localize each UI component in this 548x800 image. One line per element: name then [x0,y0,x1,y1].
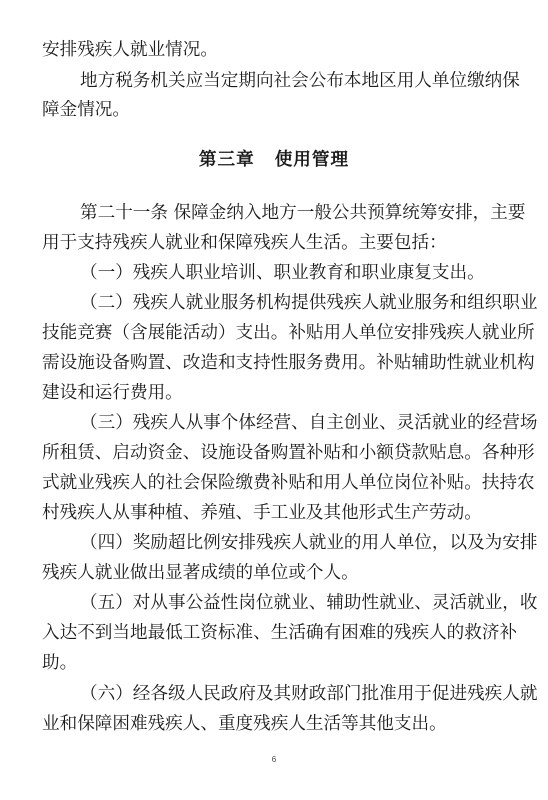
text-line: 技能竞赛（含展能活动）支出。补贴用人单位安排残疾人就业所 [42,322,505,344]
text-line: 助。 [42,652,505,674]
text-line: 地方税务机关应当定期向社会公布本地区用人单位缴纳保 [80,70,505,92]
chapter-heading: 第三章使用管理 [0,149,548,171]
article-line: 第二十一条 保障金纳入地方一般公共预算统筹安排，主要 [80,202,505,224]
chapter-number: 第三章 [199,150,255,170]
chapter-title: 使用管理 [275,150,349,170]
text-line: 残疾人就业做出显著成绩的单位或个人。 [42,562,505,584]
text-line: 需设施设备购置、改造和支持性服务费用。补贴辅助性就业机构 [42,352,505,374]
text-line: 式就业残疾人的社会保险缴费补贴和用人单位岗位补贴。扶持农 [42,472,505,494]
text-line: 用于支持残疾人就业和保障残疾人生活。主要包括： [42,232,505,254]
text-line: 所租赁、启动资金、设施设备购置补贴和小额贷款贴息。各种形 [42,442,505,464]
text-line: 建设和运行费用。 [42,382,505,404]
list-item-line: （四）奖励超比例安排残疾人就业的用人单位，以及为安排 [80,532,505,554]
page-number: 6 [0,755,548,764]
list-item-line: （一）残疾人职业培训、职业教育和职业康复支出。 [80,262,505,284]
list-item-line: （二）残疾人就业服务机构提供残疾人就业服务和组织职业 [80,292,505,314]
text-line: 村残疾人从事种植、养殖、手工业及其他形式生产劳动。 [42,502,505,524]
document-page: 安排残疾人就业情况。 地方税务机关应当定期向社会公布本地区用人单位缴纳保 障金情… [0,0,548,800]
text-line: 业和保障困难残疾人、重度残疾人生活等其他支出。 [42,713,505,735]
list-item-line: （三）残疾人从事个体经营、自主创业、灵活就业的经营场 [80,412,505,434]
list-item-line: （五）对从事公益性岗位就业、辅助性就业、灵活就业，收 [80,592,505,614]
text-line: 入达不到当地最低工资标准、生活确有困难的残疾人的救济补 [42,622,505,644]
text-line: 安排残疾人就业情况。 [42,39,505,61]
text-line: 障金情况。 [42,99,505,121]
list-item-line: （六）经各级人民政府及其财政部门批准用于促进残疾人就 [80,683,505,705]
